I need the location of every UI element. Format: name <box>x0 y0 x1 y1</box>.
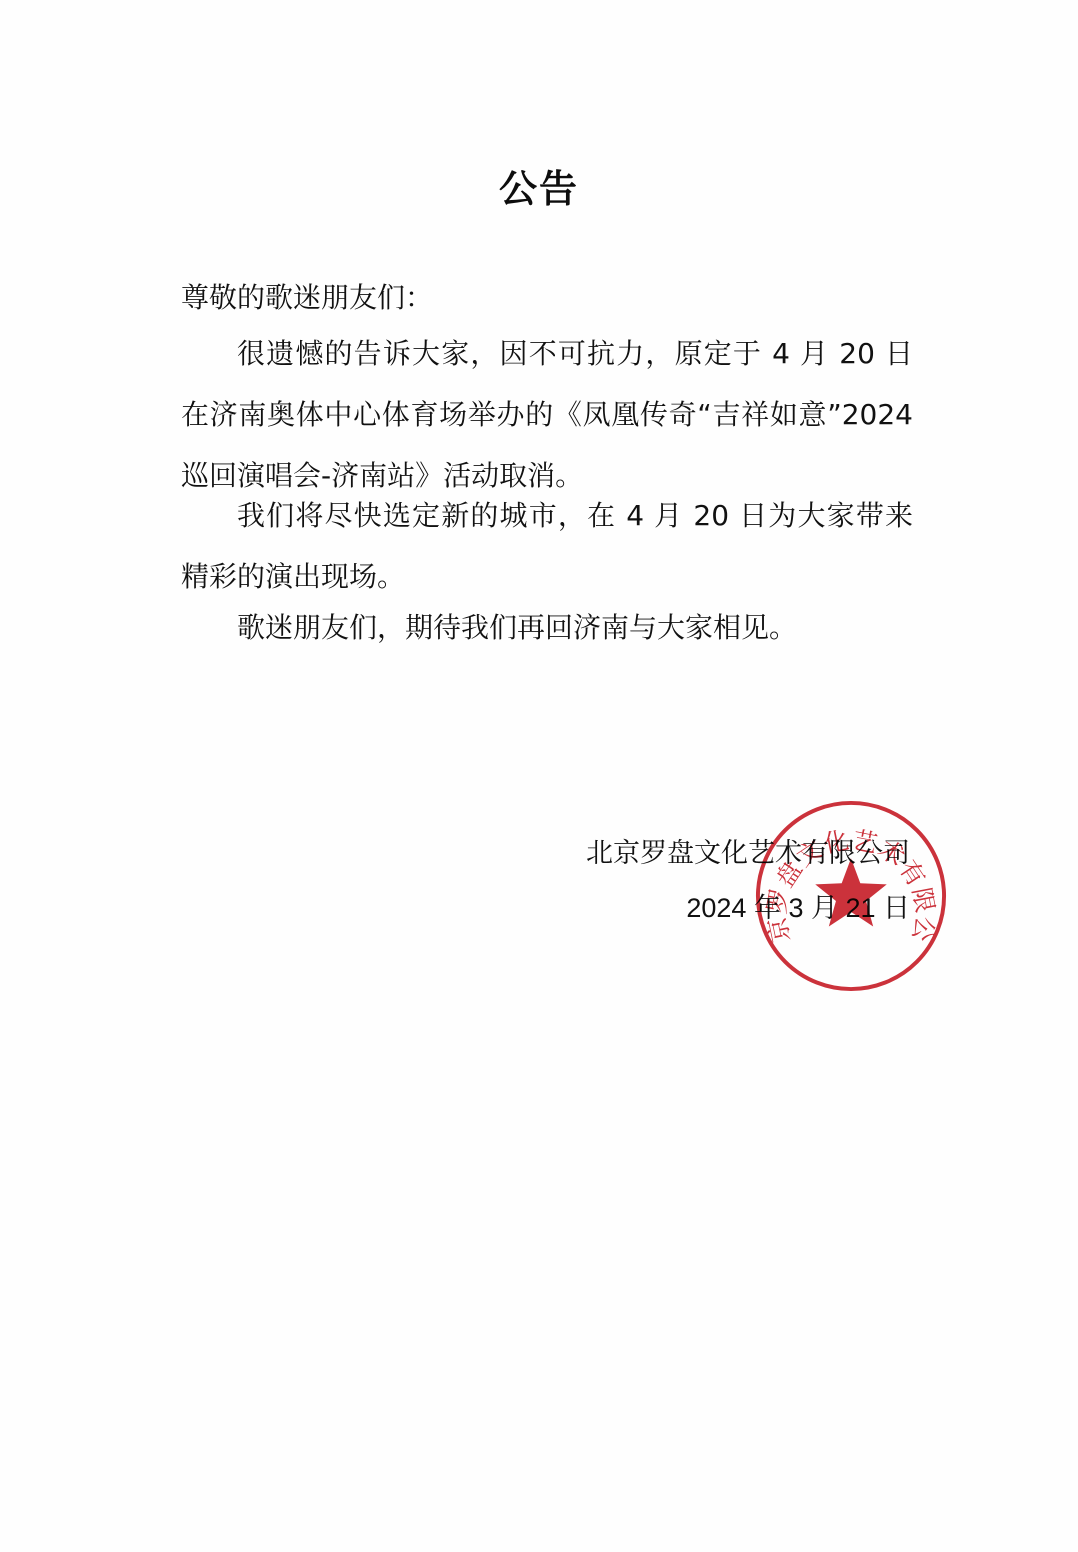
paragraph-closing: 歌迷朋友们，期待我们再回济南与大家相见。 <box>181 597 913 658</box>
document-title: 公告 <box>0 158 1078 213</box>
company-seal-icon: 北京罗盘文化艺术有限公司 <box>752 797 950 995</box>
announcement-page: 公告 尊敬的歌迷朋友们： 很遗憾的告诉大家，因不可抗力，原定于 4 月 20 日… <box>0 0 1078 1552</box>
paragraph-cancellation: 很遗憾的告诉大家，因不可抗力，原定于 4 月 20 日在济南奥体中心体育场举办的… <box>181 323 913 506</box>
seal-text: 北京罗盘文化艺术有限公司 <box>752 797 940 945</box>
salutation: 尊敬的歌迷朋友们： <box>181 280 433 316</box>
svg-text:北京罗盘文化艺术有限公司: 北京罗盘文化艺术有限公司 <box>752 797 940 945</box>
paragraph-new-city: 我们将尽快选定新的城市，在 4 月 20 日为大家带来精彩的演出现场。 <box>181 485 913 607</box>
